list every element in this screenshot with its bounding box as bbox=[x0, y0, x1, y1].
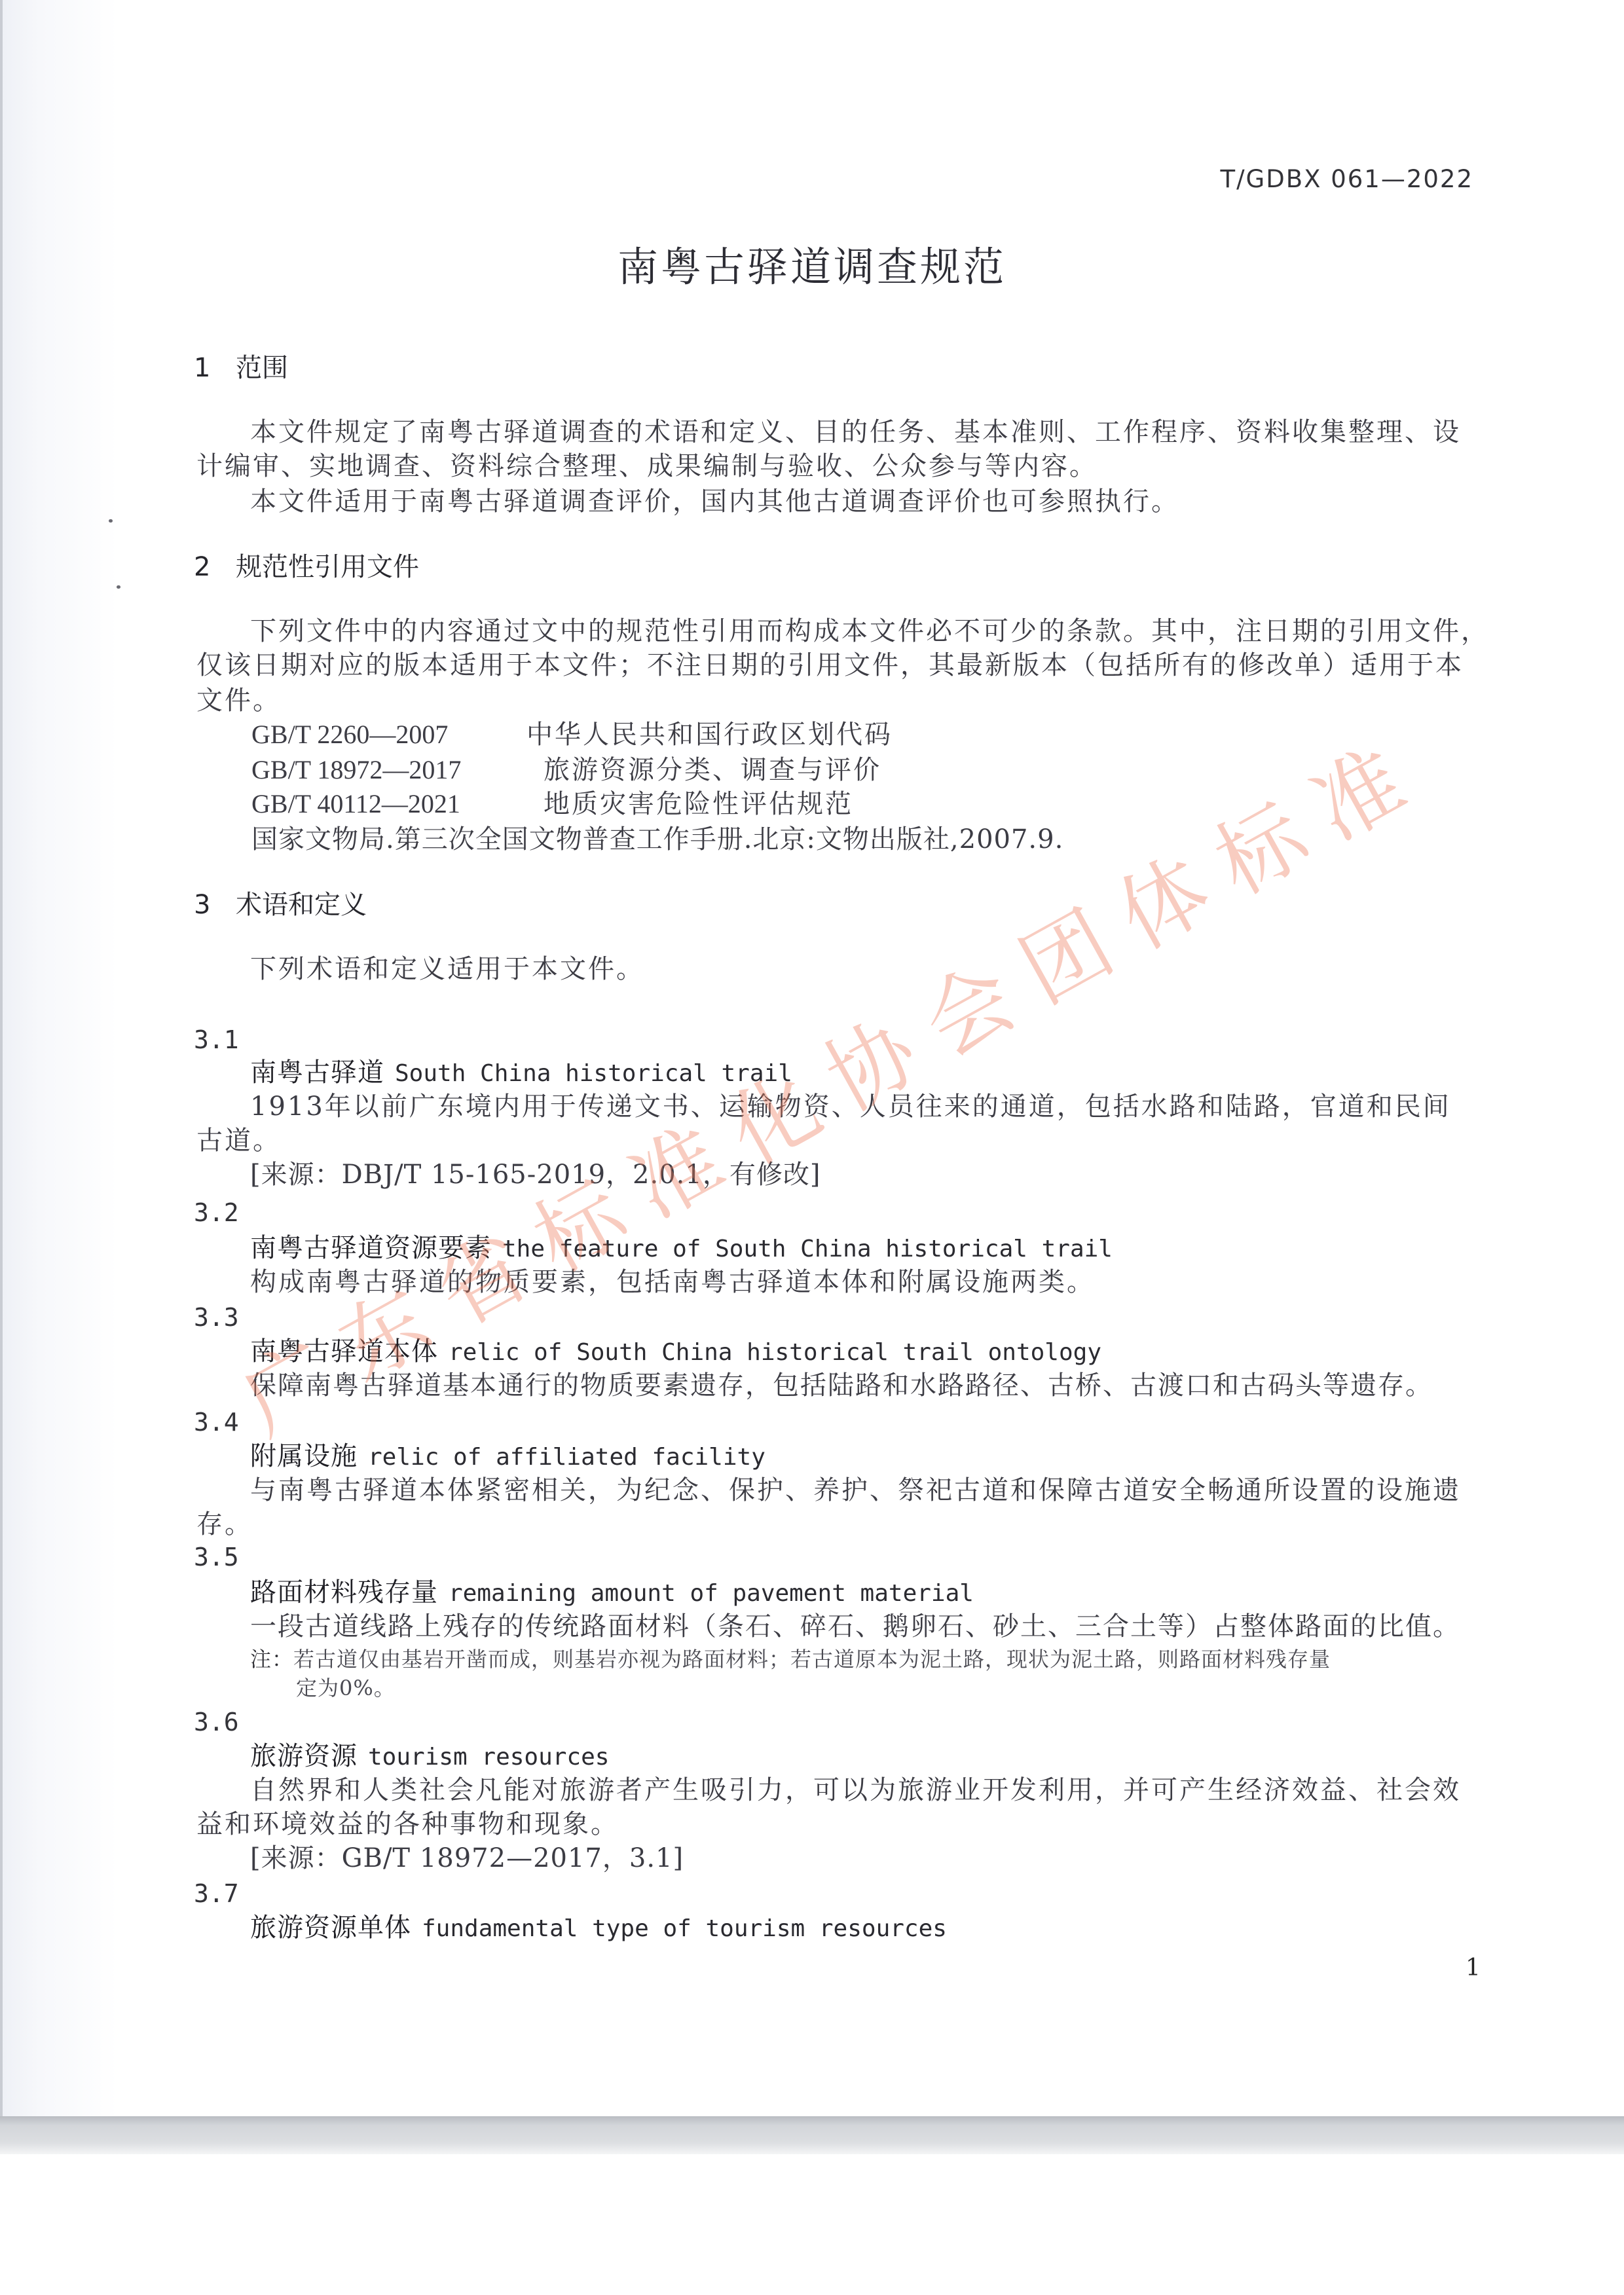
term-heading: 路面材料残存量remaining amount of pavement mate… bbox=[250, 1575, 974, 1611]
term-chinese: 路面材料残存量 bbox=[250, 1577, 438, 1607]
term-english: fundamental type of tourism resources bbox=[422, 1915, 947, 1942]
section-heading-normative-references: 2规范性引用文件 bbox=[194, 550, 419, 584]
term-chinese: 南粤古驿道 bbox=[250, 1057, 384, 1088]
term-english: tourism resources bbox=[368, 1744, 609, 1771]
term-note-continuation: 定为0%。 bbox=[296, 1671, 396, 1705]
term-chinese: 旅游资源 bbox=[250, 1741, 358, 1771]
definition-line: 古道。 bbox=[196, 1124, 281, 1158]
section-title: 术语和定义 bbox=[236, 890, 367, 920]
term-chinese: 旅游资源单体 bbox=[250, 1913, 411, 1943]
term-number: 3.3 bbox=[194, 1300, 239, 1334]
section-number: 2 bbox=[194, 550, 236, 584]
reference-title: 旅游资源分类、调查与评价 bbox=[544, 755, 881, 785]
section-title: 规范性引用文件 bbox=[236, 552, 419, 582]
paragraph-line: 计编审、实地调查、资料综合整理、成果编制与验收、公众参与等内容。 bbox=[196, 449, 1098, 483]
term-heading: 南粤古驿道资源要素the feature of South China hist… bbox=[250, 1231, 1113, 1266]
reference-title: 地质灾害危险性评估规范 bbox=[544, 789, 853, 819]
paragraph-line: 仅该日期对应的版本适用于本文件；不注日期的引用文件，其最新版本（包括所有的修改单… bbox=[196, 648, 1464, 682]
term-chinese: 附属设施 bbox=[250, 1441, 358, 1471]
term-english: South China historical trail bbox=[395, 1060, 792, 1087]
reference-item: GB/T 2260—2007中华人民共和国行政区划代码 bbox=[251, 718, 893, 752]
definition-line: 与南粤古驿道本体紧密相关，为纪念、保护、养护、祭祀古道和保障古道安全畅通所设置的… bbox=[250, 1473, 1461, 1507]
section-heading-scope: 1范围 bbox=[194, 351, 288, 385]
paragraph-line: 下列术语和定义适用于本文件。 bbox=[250, 952, 644, 986]
section-heading-terms-definitions: 3术语和定义 bbox=[194, 888, 367, 922]
term-chinese: 南粤古驿道本体 bbox=[250, 1336, 438, 1367]
term-heading: 南粤古驿道本体relic of South China historical t… bbox=[250, 1334, 1101, 1370]
reference-item: GB/T 18972—2017旅游资源分类、调查与评价 bbox=[251, 753, 881, 787]
term-source: [来源：GB/T 18972—2017，3.1] bbox=[250, 1841, 684, 1875]
term-english: relic of South China historical trail on… bbox=[449, 1339, 1101, 1366]
note-text: 若古道仅由基岩开凿而成，则基岩亦视为路面材料；若古道原本为泥土路，现状为泥土路，… bbox=[293, 1647, 1331, 1672]
paragraph-line: 下列文件中的内容通过文中的规范性引用而构成本文件必不可少的条款。其中，注日期的引… bbox=[250, 614, 1489, 648]
term-heading: 旅游资源tourism resources bbox=[250, 1739, 609, 1774]
page-left-edge bbox=[0, 0, 3, 2128]
definition-line: 一段古道线路上残存的传统路面材料（条石、碎石、鹅卵石、砂土、三合土等）占整体路面… bbox=[250, 1609, 1460, 1643]
document-code: T/GDBX 061—2022 bbox=[1220, 165, 1473, 193]
definition-line: 保障南粤古驿道基本通行的物质要素遗存，包括陆路和水路路径、古桥、古渡口和古码头等… bbox=[250, 1368, 1433, 1403]
page-bottom-shadow bbox=[0, 2116, 1624, 2154]
term-english: the feature of South China historical tr… bbox=[502, 1236, 1113, 1262]
section-number: 3 bbox=[194, 888, 236, 922]
term-note: 注：若古道仅由基岩开凿而成，则基岩亦视为路面材料；若古道原本为泥土路，现状为泥土… bbox=[250, 1642, 1331, 1676]
paragraph-line: 本文件适用于南粤古驿道调查评价，国内其他古道调查评价也可参照执行。 bbox=[250, 485, 1179, 519]
definition-line: 1913年以前广东境内用于传递文书、运输物资、人员往来的通道，包括水路和陆路，官… bbox=[250, 1090, 1451, 1124]
document-title: 南粤古驿道调查规范 bbox=[0, 234, 1624, 293]
definition-line: 益和环境效益的各种事物和现象。 bbox=[196, 1807, 619, 1841]
reference-code: GB/T 40112—2021 bbox=[251, 787, 544, 821]
page-number: 1 bbox=[1466, 1955, 1481, 1981]
term-number: 3.2 bbox=[194, 1196, 239, 1230]
term-number: 3.1 bbox=[194, 1023, 239, 1057]
note-label: 注： bbox=[250, 1647, 293, 1672]
reference-item: GB/T 40112—2021地质灾害危险性评估规范 bbox=[251, 787, 853, 821]
term-english: remaining amount of pavement material bbox=[449, 1580, 974, 1607]
scan-speck bbox=[117, 585, 120, 589]
term-chinese: 南粤古驿道资源要素 bbox=[250, 1233, 492, 1263]
reference-code: GB/T 2260—2007 bbox=[251, 718, 526, 752]
term-heading: 附属设施relic of affiliated facility bbox=[250, 1439, 766, 1475]
term-english: relic of affiliated facility bbox=[368, 1444, 766, 1471]
term-number: 3.7 bbox=[194, 1877, 239, 1911]
term-number: 3.6 bbox=[194, 1705, 239, 1739]
paragraph-line: 本文件规定了南粤古驿道调查的术语和定义、目的任务、基本准则、工作程序、资料收集整… bbox=[250, 415, 1461, 449]
definition-line: 构成南粤古驿道的物质要素，包括南粤古驿道本体和附属设施两类。 bbox=[250, 1265, 1095, 1299]
term-number: 3.4 bbox=[194, 1405, 239, 1439]
bibliography-item: 国家文物局.第三次全国文物普查工作手册.北京:文物出版社,2007.9. bbox=[251, 822, 1063, 856]
reference-code: GB/T 18972—2017 bbox=[251, 753, 544, 787]
reference-title: 中华人民共和国行政区划代码 bbox=[526, 720, 893, 750]
term-heading: 南粤古驿道South China historical trail bbox=[250, 1056, 792, 1091]
section-number: 1 bbox=[194, 351, 236, 385]
scan-speck bbox=[109, 519, 113, 523]
term-source: [来源：DBJ/T 15-165-2019，2.0.1，有修改] bbox=[250, 1158, 821, 1192]
paragraph-line: 文件。 bbox=[196, 684, 281, 718]
term-heading: 旅游资源单体fundamental type of tourism resour… bbox=[250, 1911, 947, 1946]
definition-line: 存。 bbox=[196, 1507, 253, 1541]
section-title: 范围 bbox=[236, 353, 288, 383]
term-number: 3.5 bbox=[194, 1540, 239, 1574]
definition-line: 自然界和人类社会凡能对旅游者产生吸引力，可以为旅游业开发利用，并可产生经济效益、… bbox=[250, 1773, 1461, 1807]
